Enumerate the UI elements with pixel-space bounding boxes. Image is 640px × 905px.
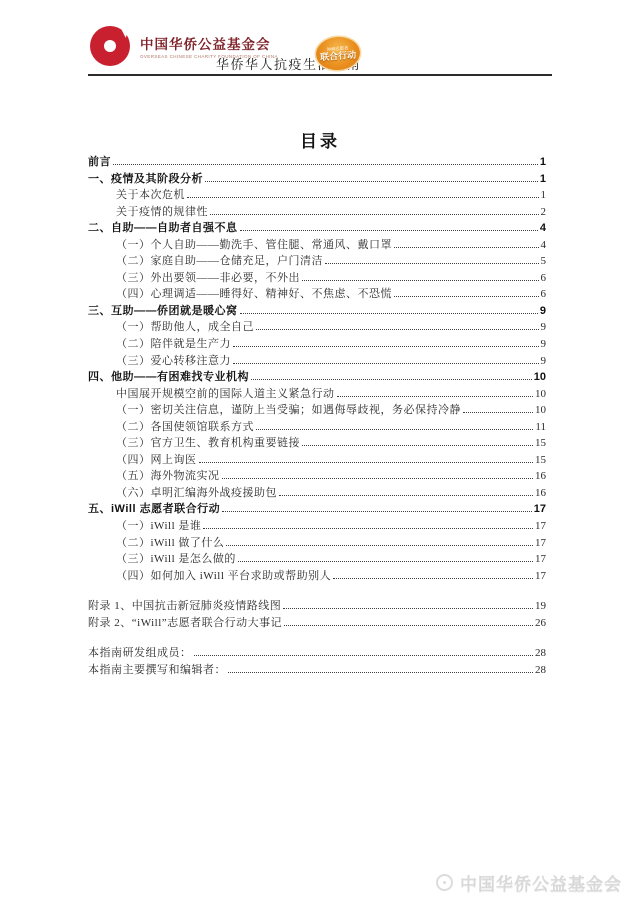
toc-leader-dots <box>279 495 533 496</box>
toc-page-number: 28 <box>535 664 546 676</box>
toc-row[interactable]: （一）帮助他人，成全自己 9 <box>88 318 546 335</box>
toc-row[interactable]: （三）iWill 是怎么做的 17 <box>88 550 546 567</box>
toc-page-number: 17 <box>535 553 546 565</box>
toc-page-number: 9 <box>541 321 547 333</box>
toc-leader-dots <box>283 608 533 609</box>
toc-entry-label: （四）心理调适——睡得好、精神好、不焦虑、不恐慌 <box>88 285 392 301</box>
toc-entry-label: （一）密切关注信息，谨防上当受骗；如遇侮辱歧视，务必保持冷静 <box>88 401 461 417</box>
toc-entry-label: （六）卓明汇编海外战疫援助包 <box>88 484 277 500</box>
page-header: 中国华侨公益基金会 OVERSEAS CHINESE CHARITY FOUND… <box>88 24 552 76</box>
toc-page-number: 28 <box>535 647 546 659</box>
toc-leader-dots <box>194 655 534 656</box>
toc-page-number: 16 <box>535 470 546 482</box>
toc-entry-label: 本指南主要撰写和编辑者： <box>88 661 226 677</box>
toc-page-number: 4 <box>540 222 546 234</box>
toc-leader-dots <box>302 280 539 281</box>
toc-entry-label: 附录 1、中国抗击新冠肺炎疫情路线图 <box>88 597 281 613</box>
toc-page-number: 9 <box>541 338 547 350</box>
toc-leader-dots <box>238 561 533 562</box>
toc-row[interactable]: （三）官方卫生、教育机构重要链接 15 <box>88 434 546 451</box>
toc-page-number: 17 <box>535 537 546 549</box>
toc-leader-dots <box>394 296 539 297</box>
toc-entry-label: （三）爱心转移注意力 <box>88 352 231 368</box>
toc-leader-dots <box>240 313 538 314</box>
toc-entry-label: （一）帮助他人，成全自己 <box>88 318 254 334</box>
toc-entry-label: 附录 2、“iWill”志愿者联合行动大事记 <box>88 614 282 630</box>
toc-leader-dots <box>337 396 534 397</box>
footer-watermark: 中国华侨公益基金会 <box>436 870 622 895</box>
toc-row[interactable]: （二）陪伴就是生产力 9 <box>88 335 546 352</box>
toc-row[interactable]: （四）网上询医 15 <box>88 451 546 468</box>
toc-page-number: 10 <box>535 404 546 416</box>
toc-leader-dots <box>228 672 533 673</box>
toc-entry-label: （三）外出要领——非必要，不外出 <box>88 269 300 285</box>
toc-page-number: 26 <box>535 617 546 629</box>
toc-leader-dots <box>256 429 533 430</box>
toc-row[interactable]: （一）密切关注信息，谨防上当受骗；如遇侮辱歧视，务必保持冷静 10 <box>88 401 546 418</box>
toc-page-number: 1 <box>541 189 547 201</box>
toc-page-number: 1 <box>540 156 546 168</box>
toc-row[interactable]: 四、他助——有困难找专业机构 10 <box>88 368 546 385</box>
toc-entry-label: 四、他助——有困难找专业机构 <box>88 368 249 384</box>
toc-row[interactable]: 五、iWill 志愿者联合行动 17 <box>88 500 546 517</box>
toc-entry-label: 前言 <box>88 153 111 169</box>
toc-entry-label: 关于本次危机 <box>88 186 185 202</box>
toc-entry-label: （二）陪伴就是生产力 <box>88 335 231 351</box>
toc-row[interactable]: 前言 1 <box>88 153 546 170</box>
toc-row[interactable]: （四）心理调适——睡得好、精神好、不焦虑、不恐慌 6 <box>88 285 546 302</box>
toc-page-number: 19 <box>535 600 546 612</box>
toc-entry-label: （四）如何加入 iWill 平台求助或帮助别人 <box>88 567 331 583</box>
toc-leader-dots <box>226 545 533 546</box>
document-page: 中国华侨公益基金会 OVERSEAS CHINESE CHARITY FOUND… <box>0 0 640 905</box>
toc-row[interactable]: 一、疫情及其阶段分析 1 <box>88 170 546 187</box>
toc-entry-label: （三）官方卫生、教育机构重要链接 <box>88 434 300 450</box>
toc-page-number: 10 <box>534 371 546 383</box>
toc-page-number: 17 <box>535 570 546 582</box>
toc-leader-dots <box>203 528 533 529</box>
toc-leader-dots <box>187 197 539 198</box>
toc-row[interactable]: （二）家庭自助——仓储充足，户门清洁 5 <box>88 252 546 269</box>
toc-leader-dots <box>205 181 538 182</box>
footer-logo-icon <box>436 874 453 891</box>
toc-leader-dots <box>394 247 539 248</box>
toc-page-number: 6 <box>541 272 547 284</box>
toc-leader-dots <box>210 214 539 215</box>
toc-row[interactable]: （二）各国使领馆联系方式 11 <box>88 418 546 435</box>
toc-leader-dots <box>222 478 534 479</box>
toc-entry-label: （三）iWill 是怎么做的 <box>88 550 236 566</box>
toc-row[interactable]: 附录 1、中国抗击新冠肺炎疫情路线图 19 <box>88 597 546 614</box>
toc-row[interactable]: 关于本次危机 1 <box>88 186 546 203</box>
toc-page-number: 5 <box>541 255 547 267</box>
toc-entry-label: 三、互助——侨团就是暖心窝 <box>88 302 238 318</box>
toc-entry-label: 五、iWill 志愿者联合行动 <box>88 500 220 516</box>
toc-page-number: 6 <box>541 288 547 300</box>
toc-page-number: 9 <box>540 305 546 317</box>
toc-row[interactable]: 本指南研发组成员： 28 <box>88 644 546 661</box>
toc-title: 目录 <box>0 127 640 152</box>
toc-row[interactable]: 关于疫情的规律性 2 <box>88 203 546 220</box>
toc-page-number: 17 <box>534 503 546 515</box>
toc-row[interactable]: （二）iWill 做了什么 17 <box>88 534 546 551</box>
toc-entry-label: （一）iWill 是谁 <box>88 517 201 533</box>
toc-entry-label: （二）iWill 做了什么 <box>88 534 224 550</box>
toc-entry-label: （五）海外物流实况 <box>88 467 220 483</box>
toc-page-number: 17 <box>535 520 546 532</box>
toc-entry-label: 二、自助——自助者自强不息 <box>88 219 238 235</box>
toc-row[interactable]: 三、互助——侨团就是暖心窝 9 <box>88 302 546 319</box>
toc-row[interactable]: （五）海外物流实况 16 <box>88 467 546 484</box>
toc-leader-dots <box>302 445 533 446</box>
toc-leader-dots <box>256 329 539 330</box>
toc-row[interactable]: 附录 2、“iWill”志愿者联合行动大事记 26 <box>88 614 546 631</box>
toc-leader-dots <box>199 462 534 463</box>
toc-page-number: 10 <box>535 388 546 400</box>
toc-row[interactable]: （三）外出要领——非必要，不外出 6 <box>88 269 546 286</box>
toc-entry-label: （四）网上询医 <box>88 451 197 467</box>
toc-row[interactable]: （四）如何加入 iWill 平台求助或帮助别人 17 <box>88 567 546 584</box>
toc-entry-label: （二）家庭自助——仓储充足，户门清洁 <box>88 252 323 268</box>
toc-page-number: 11 <box>535 421 546 433</box>
toc-entry-label: 一、疫情及其阶段分析 <box>88 170 203 186</box>
toc-leader-dots <box>463 412 533 413</box>
toc-entry-label: （一）个人自助——勤洗手、管住腿、常通风、戴口罩 <box>88 236 392 252</box>
toc-leader-dots <box>222 511 532 512</box>
toc-entry-label: 本指南研发组成员： <box>88 644 192 660</box>
toc-page-number: 9 <box>541 355 547 367</box>
toc-list: 前言 1 一、疫情及其阶段分析 1 关于本次危机 1 关于疫情的规律性 2 二、… <box>88 153 546 677</box>
toc-leader-dots <box>240 230 538 231</box>
toc-row[interactable]: 二、自助——自助者自强不息 4 <box>88 219 546 236</box>
toc-page-number: 4 <box>541 239 547 251</box>
toc-leader-dots <box>284 625 533 626</box>
toc-row[interactable]: 本指南主要撰写和编辑者： 28 <box>88 661 546 678</box>
toc-leader-dots <box>233 346 539 347</box>
toc-leader-dots <box>233 363 539 364</box>
toc-leader-dots <box>325 263 539 264</box>
toc-row[interactable]: （一）iWill 是谁 17 <box>88 517 546 534</box>
toc-row[interactable]: （三）爱心转移注意力 9 <box>88 352 546 369</box>
brand-name: 中国华侨公益基金会 <box>140 33 340 53</box>
toc-entry-label: 关于疫情的规律性 <box>88 203 208 219</box>
toc-page-number: 2 <box>541 206 547 218</box>
footer-watermark-text: 中国华侨公益基金会 <box>460 870 622 895</box>
toc-leader-dots <box>113 164 538 165</box>
iwill-badge-line2: 联合行动 <box>320 50 357 62</box>
toc-row[interactable]: （一）个人自助——勤洗手、管住腿、常通风、戴口罩 4 <box>88 236 546 253</box>
foundation-logo-icon <box>90 26 130 66</box>
toc-entry-label: （二）各国使领馆联系方式 <box>88 418 254 434</box>
toc-row[interactable]: （六）卓明汇编海外战疫援助包 16 <box>88 484 546 501</box>
toc-row[interactable]: 中国展开规模空前的国际人道主义紧急行动 10 <box>88 385 546 402</box>
toc-entry-label: 中国展开规模空前的国际人道主义紧急行动 <box>88 385 335 401</box>
toc-leader-dots <box>333 578 533 579</box>
toc-page-number: 15 <box>535 437 546 449</box>
toc-page-number: 15 <box>535 454 546 466</box>
toc-page-number: 16 <box>535 487 546 499</box>
toc-page-number: 1 <box>540 173 546 185</box>
toc-leader-dots <box>251 379 532 380</box>
